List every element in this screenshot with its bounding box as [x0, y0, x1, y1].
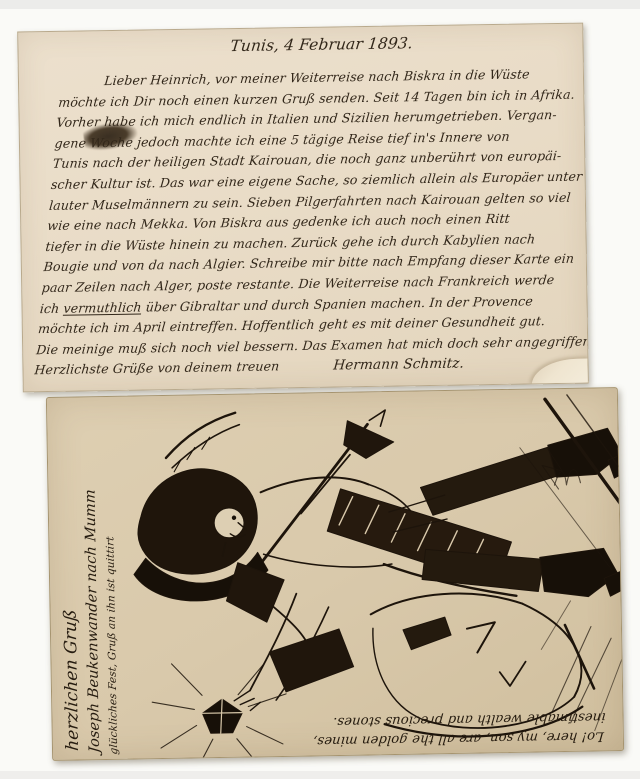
letter-body: Lieber Heinrich, vor meiner Weiterreise …: [33, 63, 588, 381]
letter-text: ich: [39, 300, 64, 315]
underlined-word: vermuthlich: [63, 299, 142, 315]
scanned-postcards-photo: Tunis, 4 Februar 1893. Lieber Heinrich, …: [0, 0, 640, 779]
scanner-edge-top: [0, 0, 640, 9]
sketch-card: herzlichen Gruß Joseph Beukenwander nach…: [46, 387, 624, 761]
letter-dateline: Tunis, 4 Februar 1893.: [229, 34, 413, 55]
scanner-edge-bottom: [0, 771, 640, 779]
letter-closing: Herzlichste Grüße von deinem treuen: [33, 357, 280, 381]
upside-down-caption: Lo! here, my son, are all the golden min…: [169, 707, 606, 753]
letter-signature: Hermann Schmitz.: [332, 354, 465, 377]
rotated-side-greeting: herzlichen Gruß Joseph Beukenwander nach…: [55, 426, 122, 755]
cavalier-sketch-drawing: [47, 388, 624, 761]
letter-text: über Gibraltar und durch Spanien machen.…: [141, 293, 534, 314]
letter-card: Tunis, 4 Februar 1893. Lieber Heinrich, …: [17, 23, 589, 393]
